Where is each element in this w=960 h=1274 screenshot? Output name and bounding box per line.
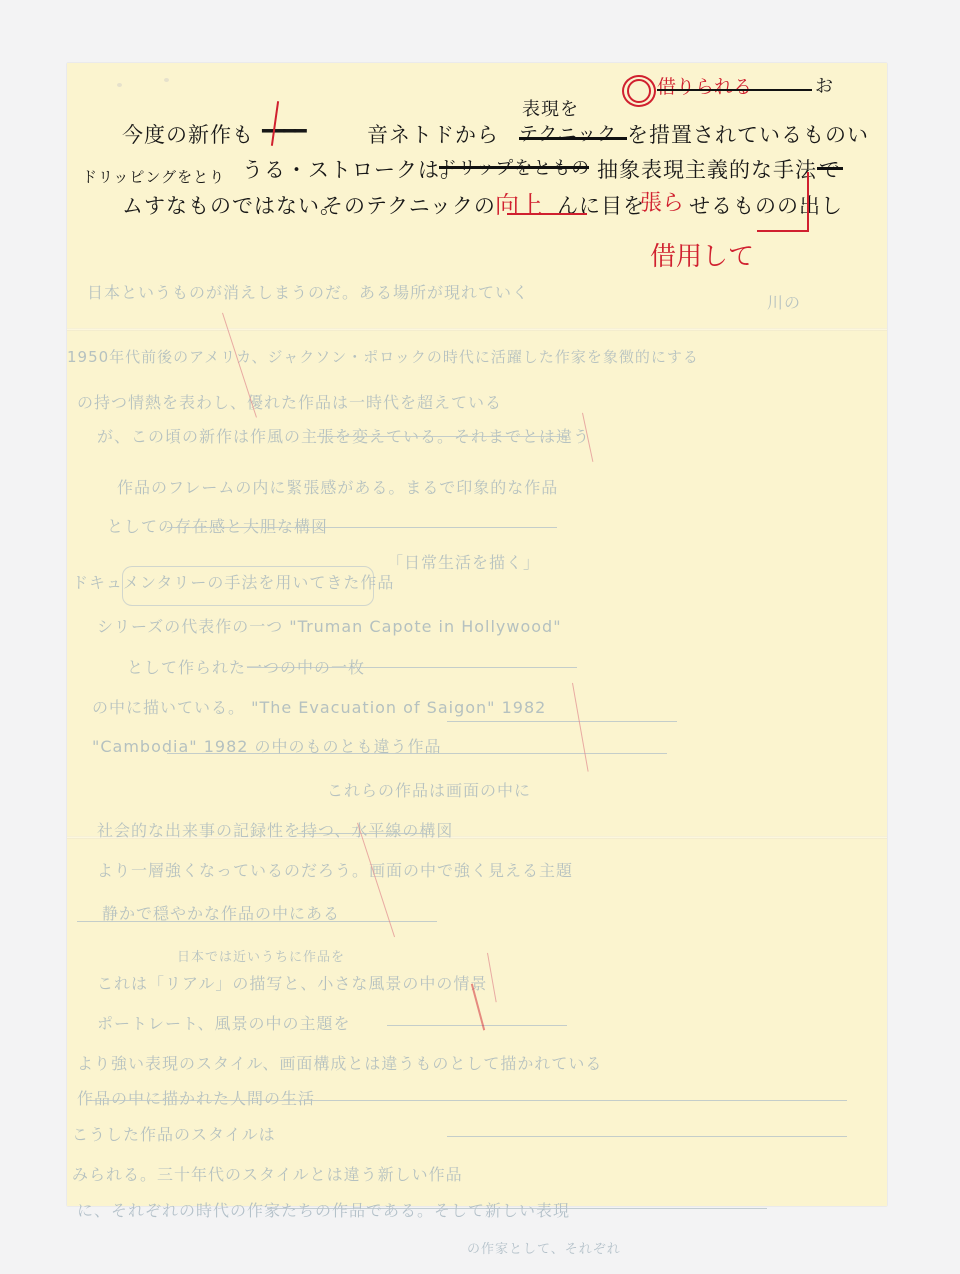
pencil-line: 1950年代前後のアメリカ、ジャクソン・ポロックの時代に活躍した作家を象徴的にす… — [67, 350, 699, 365]
red-pencil-mark — [572, 683, 589, 772]
ink-line-3-mid: そのテクニックの — [322, 196, 496, 217]
pencil-line: みられる。三十年代のスタイルとは違う新しい作品 — [72, 1167, 463, 1183]
fold-crease — [67, 328, 887, 331]
pencil-line: 社会的な出来事の記録性を持つ、水平線の構図 — [97, 823, 453, 839]
pencil-line: 川の — [767, 295, 801, 311]
strike-through — [519, 137, 627, 140]
red-inline-correction: 張ら — [640, 193, 684, 215]
pencil-strike — [297, 833, 427, 834]
pencil-line: より一層強くなっているのだろう。画面の中で強く見える主題 — [97, 863, 573, 879]
pencil-line: の作家として、それぞれ — [467, 1243, 621, 1256]
pencil-line: ポートレート、風景の中の主題を — [97, 1016, 351, 1032]
ink-line-2-start: うる・ストロークは。 — [242, 160, 462, 181]
pinhole — [164, 78, 169, 82]
ink-line-1-start: 今度の新作も — [122, 125, 254, 146]
red-bracket — [807, 172, 809, 230]
pencil-line: ドキュメンタリーの手法を用いてきた作品 — [72, 575, 394, 591]
red-struck-insert: 借りられる — [657, 78, 752, 97]
pencil-line: これは「リアル」の描写と、小さな風景の中の情景 — [97, 976, 487, 992]
ink-line-3-start: ムすなものではない。 — [122, 196, 342, 217]
pencil-line: こうした作品のスタイルは — [72, 1127, 276, 1143]
pencil-line: の持つ情熱を表わし、優れた作品は一時代を超えている — [77, 395, 502, 411]
pencil-line: より強い表現のスタイル、画面構成とは違うものとして描かれている — [77, 1056, 602, 1072]
pencil-line: が、この頃の新作は作風の主張を変えている。それまでとは違う — [97, 429, 590, 445]
ink-insert-tail: お — [815, 78, 834, 96]
red-scribble-circle — [627, 79, 651, 103]
red-underline — [507, 213, 587, 215]
manuscript-page: 日本というものが消えしまうのだ。ある場所が現れていく 川の 1950年代前後のア… — [67, 63, 887, 1206]
pencil-strike — [167, 753, 667, 754]
ink-struck-text: ドリップをともの — [439, 160, 590, 178]
red-margin-note: 借用して — [650, 244, 754, 270]
pencil-underline — [447, 721, 677, 722]
pencil-line: 日本というものが消えしまうのだ。ある場所が現れていく — [87, 285, 529, 301]
strike-through — [657, 89, 812, 91]
pencil-line: シリーズの代表作の一つ "Truman Capote in Hollywood" — [97, 619, 562, 635]
pencil-strike — [77, 921, 437, 922]
ink-line-1-end: を措置されているものい — [627, 125, 869, 146]
ink-line-2-end: 抽象表現主義的な手法 — [597, 160, 817, 181]
ink-struck-text: テクニック — [519, 125, 617, 144]
pencil-line: これらの作品は画面の中に — [327, 783, 531, 799]
pencil-line: 「日常生活を描く」 — [387, 555, 540, 571]
pencil-strike — [87, 1100, 847, 1101]
pencil-line: に、それぞれの時代の作家たちの作品である。そして新しい表現 — [77, 1203, 570, 1219]
pencil-line: として作られた一つの中の一枚 — [127, 660, 365, 676]
pencil-line: 作品の中に描かれた人間の生活 — [77, 1091, 315, 1107]
pencil-line: の中に描いている。 "The Evacuation of Saigon" 198… — [92, 700, 546, 716]
ink-struck-text: ━━━━ — [262, 121, 305, 142]
pinhole — [117, 83, 122, 87]
pencil-strike — [267, 1208, 767, 1209]
pencil-strike — [317, 436, 567, 437]
ink-insert-above: 表現を — [522, 101, 579, 119]
strike-through — [439, 166, 589, 169]
strike-through — [817, 167, 843, 170]
pencil-strike — [167, 527, 557, 528]
red-pencil-mark — [487, 953, 497, 1002]
pencil-underline — [447, 1136, 847, 1137]
pencil-strike — [247, 667, 577, 668]
pencil-line: 日本では近いうちに作品を — [177, 951, 345, 964]
pencil-strike — [387, 1025, 567, 1026]
ink-struck-text: で — [819, 160, 841, 181]
ink-insert: ドリッピングをとり — [82, 170, 225, 185]
ink-line-1-mid: 音ネトドから — [367, 125, 499, 146]
pencil-line: 作品のフレームの内に緊張感がある。まるで印象的な作品 — [117, 480, 558, 496]
ink-line-3-end: せるものの出し — [689, 196, 843, 217]
red-bracket — [757, 230, 809, 232]
pencil-line: 静かで穏やかな作品の中にある — [102, 906, 340, 922]
